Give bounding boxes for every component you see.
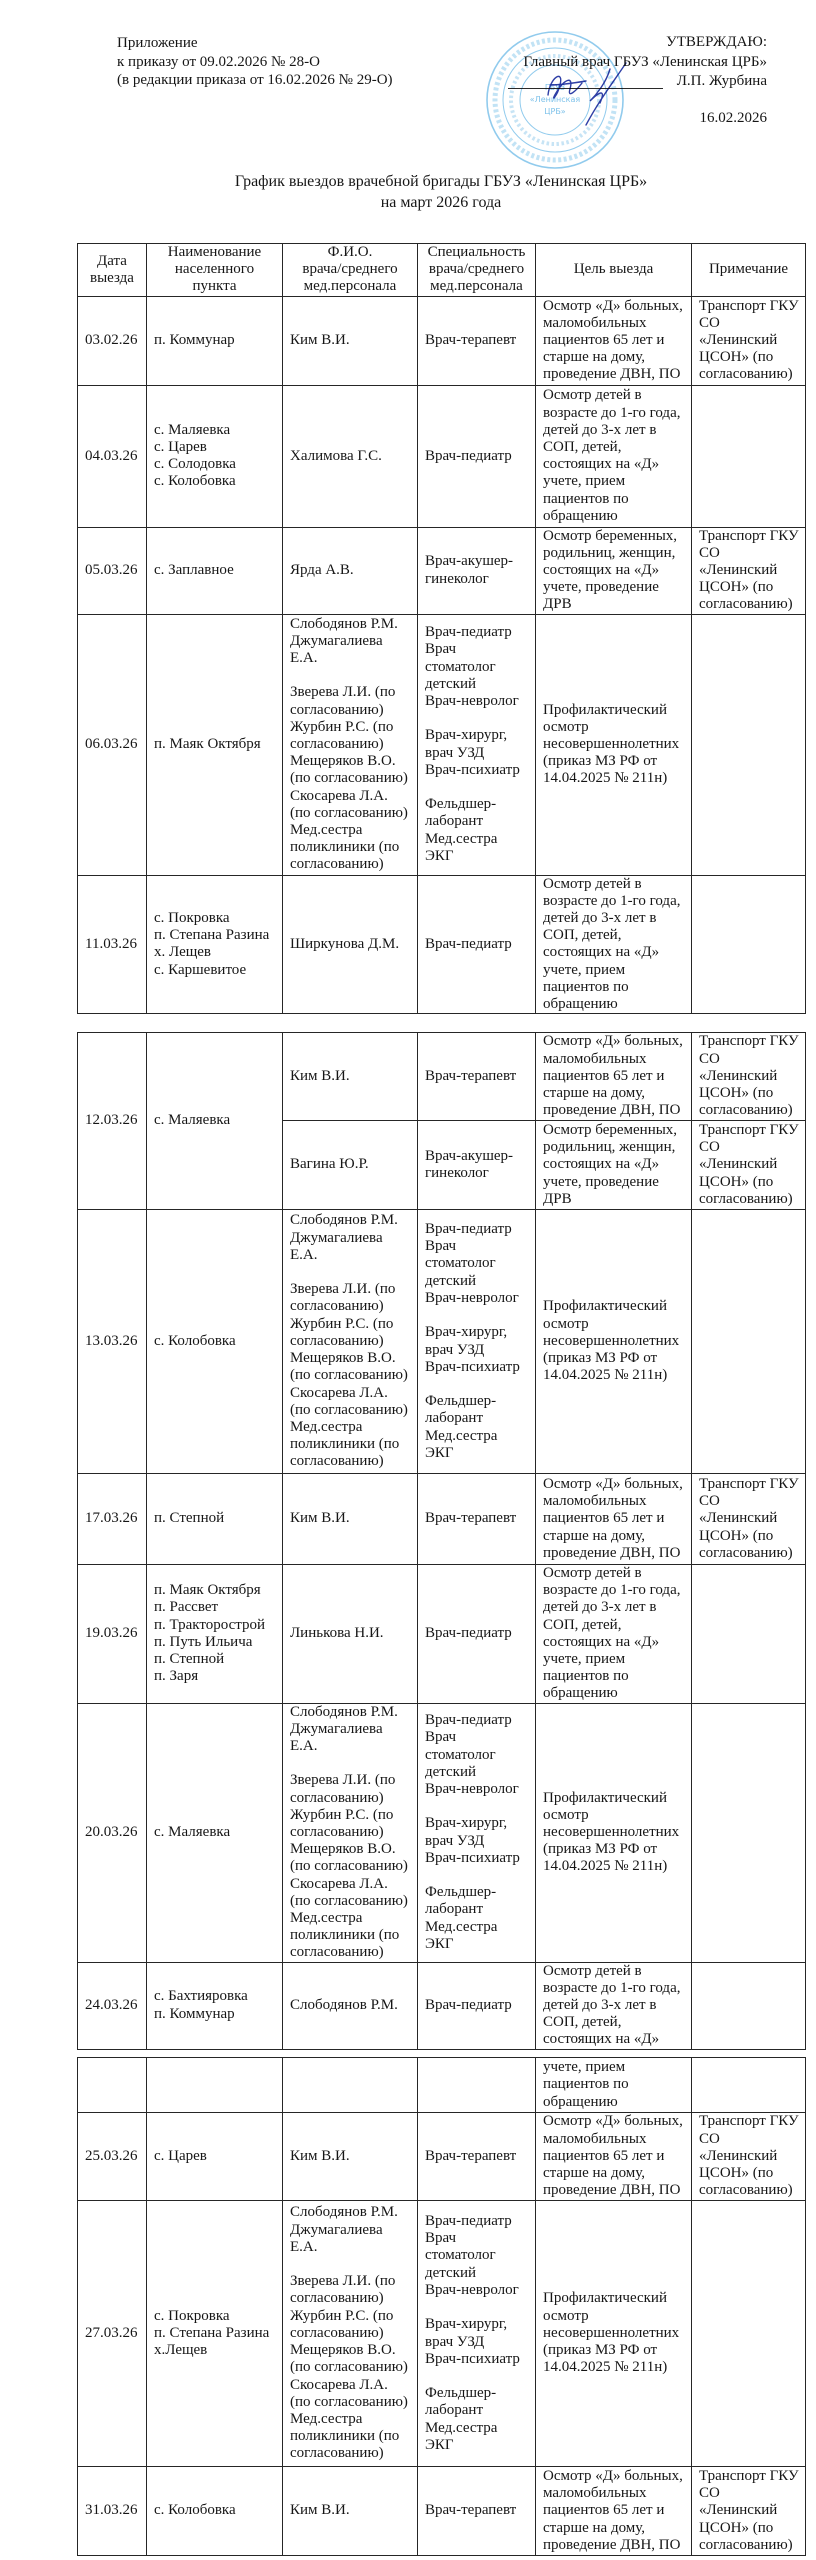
staff-name-cell: Ким В.И. (283, 1033, 418, 1121)
table-row: учете, прием пациентов по обращению (78, 2058, 806, 2113)
date-cell: 11.03.26 (78, 875, 147, 1014)
specialty-cell: Врач-педиатр Врач стоматолог детский Вра… (418, 614, 536, 875)
settlement-cell: с. Маляевка (147, 1703, 283, 1962)
staff-name-cell: Слободянов Р.М. Джумагалиева Е.А. Зверев… (283, 1210, 418, 1474)
date-cell: 24.03.26 (78, 1962, 147, 2049)
date-cell: 17.03.26 (78, 1474, 147, 1565)
settlement-cell: п. Маяк Октября (147, 614, 283, 875)
note-cell (692, 2201, 806, 2467)
settlement-cell: с. Бахтияровка п. Коммунар (147, 1962, 283, 2049)
settlement-cell: п. Степной (147, 1474, 283, 1565)
staff-name-cell: Слободянов Р.М. Джумагалиева Е.А. Зверев… (283, 614, 418, 875)
note-cell (692, 1703, 806, 1962)
specialty-cell: Врач-педиатр Врач стоматолог детский Вра… (418, 1210, 536, 1474)
staff-name-cell: Линькова Н.И. (283, 1565, 418, 1704)
specialty-cell: Врач-педиатр Врач стоматолог детский Вра… (418, 1703, 536, 1962)
specialty-cell: Врач-терапевт (418, 296, 536, 385)
specialty-cell: Врач-педиатр (418, 875, 536, 1014)
staff-name-cell: Слободянов Р.М. Джумагалиева Е.А. Зверев… (283, 2201, 418, 2467)
purpose-cell: Осмотр детей в возрасте до 1-го года, де… (536, 385, 692, 527)
specialty-cell: Врач-акушер- гинеколог (418, 527, 536, 614)
settlement-cell: с. Царев (147, 2113, 283, 2201)
purpose-cell: Профилактический осмотр несовершеннолетн… (536, 1703, 692, 1962)
purpose-cell: Осмотр детей в возрасте до 1-го года, де… (536, 1962, 692, 2049)
purpose-cell: Осмотр детей в возрасте до 1-го года, де… (536, 875, 692, 1014)
note-cell (692, 875, 806, 1014)
date-cell: 05.03.26 (78, 527, 147, 614)
table-row: 20.03.26с. МаляевкаСлободянов Р.М. Джума… (78, 1703, 806, 1962)
settlement-cell: с. Заплавное (147, 527, 283, 614)
specialty-cell: Врач-терапевт (418, 1474, 536, 1565)
note-cell (692, 2058, 806, 2113)
settlement-cell: п. Маяк Октября п. Рассвет п. Тракторост… (147, 1565, 283, 1704)
column-header-staff-name: Ф.И.О. врача/среднего мед.персонала (283, 244, 418, 297)
table-row: 06.03.26п. Маяк ОктябряСлободянов Р.М. Д… (78, 614, 806, 875)
date-cell: 13.03.26 (78, 1210, 147, 1474)
note-cell: Транспорт ГКУ СО «Ленинский ЦСОН» (по со… (692, 1474, 806, 1565)
settlement-cell: п. Коммунар (147, 296, 283, 385)
column-header-settlement: Наименование населенного пункта (147, 244, 283, 297)
table-page-segment: Дата выездаНаименование населенного пунк… (77, 243, 805, 1014)
note-cell: Транспорт ГКУ СО «Ленинский ЦСОН» (по со… (692, 2113, 806, 2201)
table-row: 04.03.26с. Маляевка с. Царев с. Солодовк… (78, 385, 806, 527)
table-row: 25.03.26с. ЦаревКим В.И.Врач-терапевтОсм… (78, 2113, 806, 2201)
table-row: 03.02.26п. КоммунарКим В.И.Врач-терапевт… (78, 296, 806, 385)
staff-name-cell (283, 2058, 418, 2113)
settlement-cell: с. Колобовка (147, 1210, 283, 1474)
purpose-cell: Осмотр «Д» больных, маломобильных пациен… (536, 1474, 692, 1565)
settlement-cell: с. Покровка п. Степана Разина х. Лещев с… (147, 875, 283, 1014)
date-cell: 19.03.26 (78, 1565, 147, 1704)
staff-name-cell: Слободянов Р.М. (283, 1962, 418, 2049)
table-page-segment: учете, прием пациентов по обращению25.03… (77, 2057, 805, 2556)
date-cell: 06.03.26 (78, 614, 147, 875)
purpose-cell: Осмотр беременных, родильниц, женщин, со… (536, 527, 692, 614)
date-cell: 25.03.26 (78, 2113, 147, 2201)
table-row: 19.03.26п. Маяк Октября п. Рассвет п. Тр… (78, 1565, 806, 1704)
note-cell: Транспорт ГКУ СО «Ленинский ЦСОН» (по со… (692, 296, 806, 385)
approval-block: УТВЕРЖДАЮ: Главный врач ГБУЗ «Ленинская … (523, 33, 767, 92)
specialty-cell: Врач-педиатр (418, 1962, 536, 2049)
purpose-cell: учете, прием пациентов по обращению (536, 2058, 692, 2113)
specialty-cell: Врач-педиатр Врач стоматолог детский Вра… (418, 2201, 536, 2467)
specialty-cell: Врач-акушер- гинеколог (418, 1121, 536, 1210)
column-header-purpose: Цель выезда (536, 244, 692, 297)
staff-name-cell: Ким В.И. (283, 2113, 418, 2201)
table-header-row: Дата выездаНаименование населенного пунк… (78, 244, 806, 297)
date-cell: 31.03.26 (78, 2467, 147, 2556)
specialty-cell: Врач-терапевт (418, 1033, 536, 1121)
staff-name-cell: Ярда А.В. (283, 527, 418, 614)
stamp-line-2: «Ленинская (530, 95, 581, 104)
purpose-cell: Профилактический осмотр несовершеннолетн… (536, 1210, 692, 1474)
staff-name-cell: Халимова Г.С. (283, 385, 418, 527)
table-row: 17.03.26п. СтепнойКим В.И.Врач-терапевтО… (78, 1474, 806, 1565)
note-cell: Транспорт ГКУ СО «Ленинский ЦСОН» (по со… (692, 2467, 806, 2556)
date-cell: 27.03.26 (78, 2201, 147, 2467)
specialty-cell: Врач-терапевт (418, 2113, 536, 2201)
note-cell: Транспорт ГКУ СО «Ленинский ЦСОН» (по со… (692, 1033, 806, 1121)
settlement-cell (147, 2058, 283, 2113)
approval-date: 16.02.2026 (700, 109, 768, 129)
purpose-cell: Осмотр «Д» больных, маломобильных пациен… (536, 2113, 692, 2201)
table-row: 31.03.26с. КолобовкаКим В.И.Врач-терапев… (78, 2467, 806, 2556)
staff-name-cell: Вагина Ю.Р. (283, 1121, 418, 1210)
purpose-cell: Осмотр детей в возрасте до 1-го года, де… (536, 1565, 692, 1704)
staff-name-cell: Ширкунова Д.М. (283, 875, 418, 1014)
staff-name-cell: Ким В.И. (283, 1474, 418, 1565)
signature-line (508, 88, 663, 89)
purpose-cell: Профилактический осмотр несовершеннолетн… (536, 614, 692, 875)
purpose-cell: Профилактический осмотр несовершеннолетн… (536, 2201, 692, 2467)
table-row: 27.03.26с. Покровка п. Степана Разина х.… (78, 2201, 806, 2467)
date-cell (78, 2058, 147, 2113)
document-title-block: График выездов врачебной бригады ГБУЗ «Л… (77, 171, 805, 213)
table-row: 05.03.26с. ЗаплавноеЯрда А.В.Врач-акушер… (78, 527, 806, 614)
specialty-cell: Врач-терапевт (418, 2467, 536, 2556)
table-row: 12.03.26с. МаляевкаКим В.И.Врач-терапевт… (78, 1033, 806, 1121)
purpose-cell: Осмотр «Д» больных, маломобильных пациен… (536, 296, 692, 385)
settlement-cell: с. Покровка п. Степана Разина х.Лещев (147, 2201, 283, 2467)
note-cell (692, 1962, 806, 2049)
stamp-line-3: ЦРБ» (544, 107, 566, 116)
table-page-segment: 12.03.26с. МаляевкаКим В.И.Врач-терапевт… (77, 1032, 805, 2050)
note-cell (692, 385, 806, 527)
page-subtitle: на март 2026 года (77, 192, 805, 213)
settlement-cell: с. Маляевка (147, 1033, 283, 1210)
table-row: 11.03.26с. Покровка п. Степана Разина х.… (78, 875, 806, 1014)
specialty-cell: Врач-педиатр (418, 1565, 536, 1704)
staff-name-cell: Слободянов Р.М. Джумагалиева Е.А. Зверев… (283, 1703, 418, 1962)
appendix-reference: Приложение к приказу от 09.02.2026 № 28-… (117, 34, 393, 90)
date-cell: 20.03.26 (78, 1703, 147, 1962)
purpose-cell: Осмотр «Д» больных, маломобильных пациен… (536, 1033, 692, 1121)
table-row: 13.03.26с. КолобовкаСлободянов Р.М. Джум… (78, 1210, 806, 1474)
column-header-specialty: Специальность врача/среднего мед.персона… (418, 244, 536, 297)
staff-name-cell: Ким В.И. (283, 296, 418, 385)
note-cell (692, 1210, 806, 1474)
date-cell: 12.03.26 (78, 1033, 147, 1210)
page-title: График выездов врачебной бригады ГБУЗ «Л… (77, 171, 805, 192)
column-header-date: Дата выезда (78, 244, 147, 297)
date-cell: 04.03.26 (78, 385, 147, 527)
purpose-cell: Осмотр «Д» больных, маломобильных пациен… (536, 2467, 692, 2556)
settlement-cell: с. Маляевка с. Царев с. Солодовка с. Кол… (147, 385, 283, 527)
note-cell: Транспорт ГКУ СО «Ленинский ЦСОН» (по со… (692, 527, 806, 614)
column-header-note: Примечание (692, 244, 806, 297)
specialty-cell (418, 2058, 536, 2113)
settlement-cell: с. Колобовка (147, 2467, 283, 2556)
specialty-cell: Врач-педиатр (418, 385, 536, 527)
note-cell: Транспорт ГКУ СО «Ленинский ЦСОН» (по со… (692, 1121, 806, 1210)
note-cell (692, 1565, 806, 1704)
date-cell: 03.02.26 (78, 296, 147, 385)
table-row: 24.03.26с. Бахтияровка п. КоммунарСлобод… (78, 1962, 806, 2049)
staff-name-cell: Ким В.И. (283, 2467, 418, 2556)
purpose-cell: Осмотр беременных, родильниц, женщин, со… (536, 1121, 692, 1210)
note-cell (692, 614, 806, 875)
